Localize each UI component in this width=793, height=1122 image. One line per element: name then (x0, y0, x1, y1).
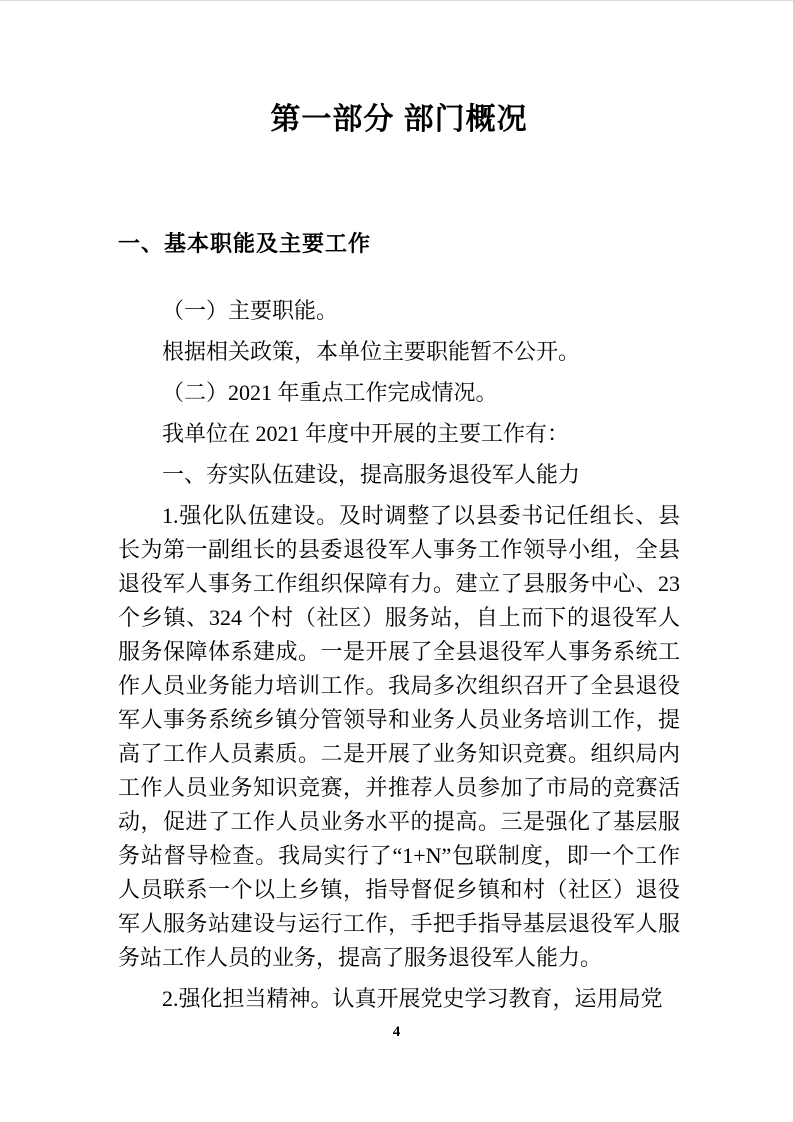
paragraph-main-duty-text: 根据相关政策，本单位主要职能暂不公开。 (118, 335, 680, 369)
paragraph-subhead-team-building: 一、夯实队伍建设，提高服务退役军人能力 (118, 458, 680, 492)
paragraph-team-building-detail: 1.强化队伍建设。及时调整了以县委书记任组长、县长为第一副组长的县委退役军人事务… (118, 499, 680, 975)
paragraph-key-work-label: （二）2021 年重点工作完成情况。 (118, 376, 680, 410)
section-heading: 一、基本职能及主要工作 (118, 230, 680, 258)
paragraph-main-duty-label: （一）主要职能。 (118, 294, 680, 328)
paragraph-responsibility-spirit: 2.强化担当精神。认真开展党史学习教育，运用局党 (118, 982, 680, 1016)
page-number: 4 (0, 1023, 793, 1041)
document-title: 第一部分 部门概况 (118, 102, 680, 138)
paragraph-key-work-intro: 我单位在 2021 年度中开展的主要工作有： (118, 417, 680, 451)
document-page: 第一部分 部门概况 一、基本职能及主要工作 （一）主要职能。 根据相关政策，本单… (0, 0, 793, 1122)
